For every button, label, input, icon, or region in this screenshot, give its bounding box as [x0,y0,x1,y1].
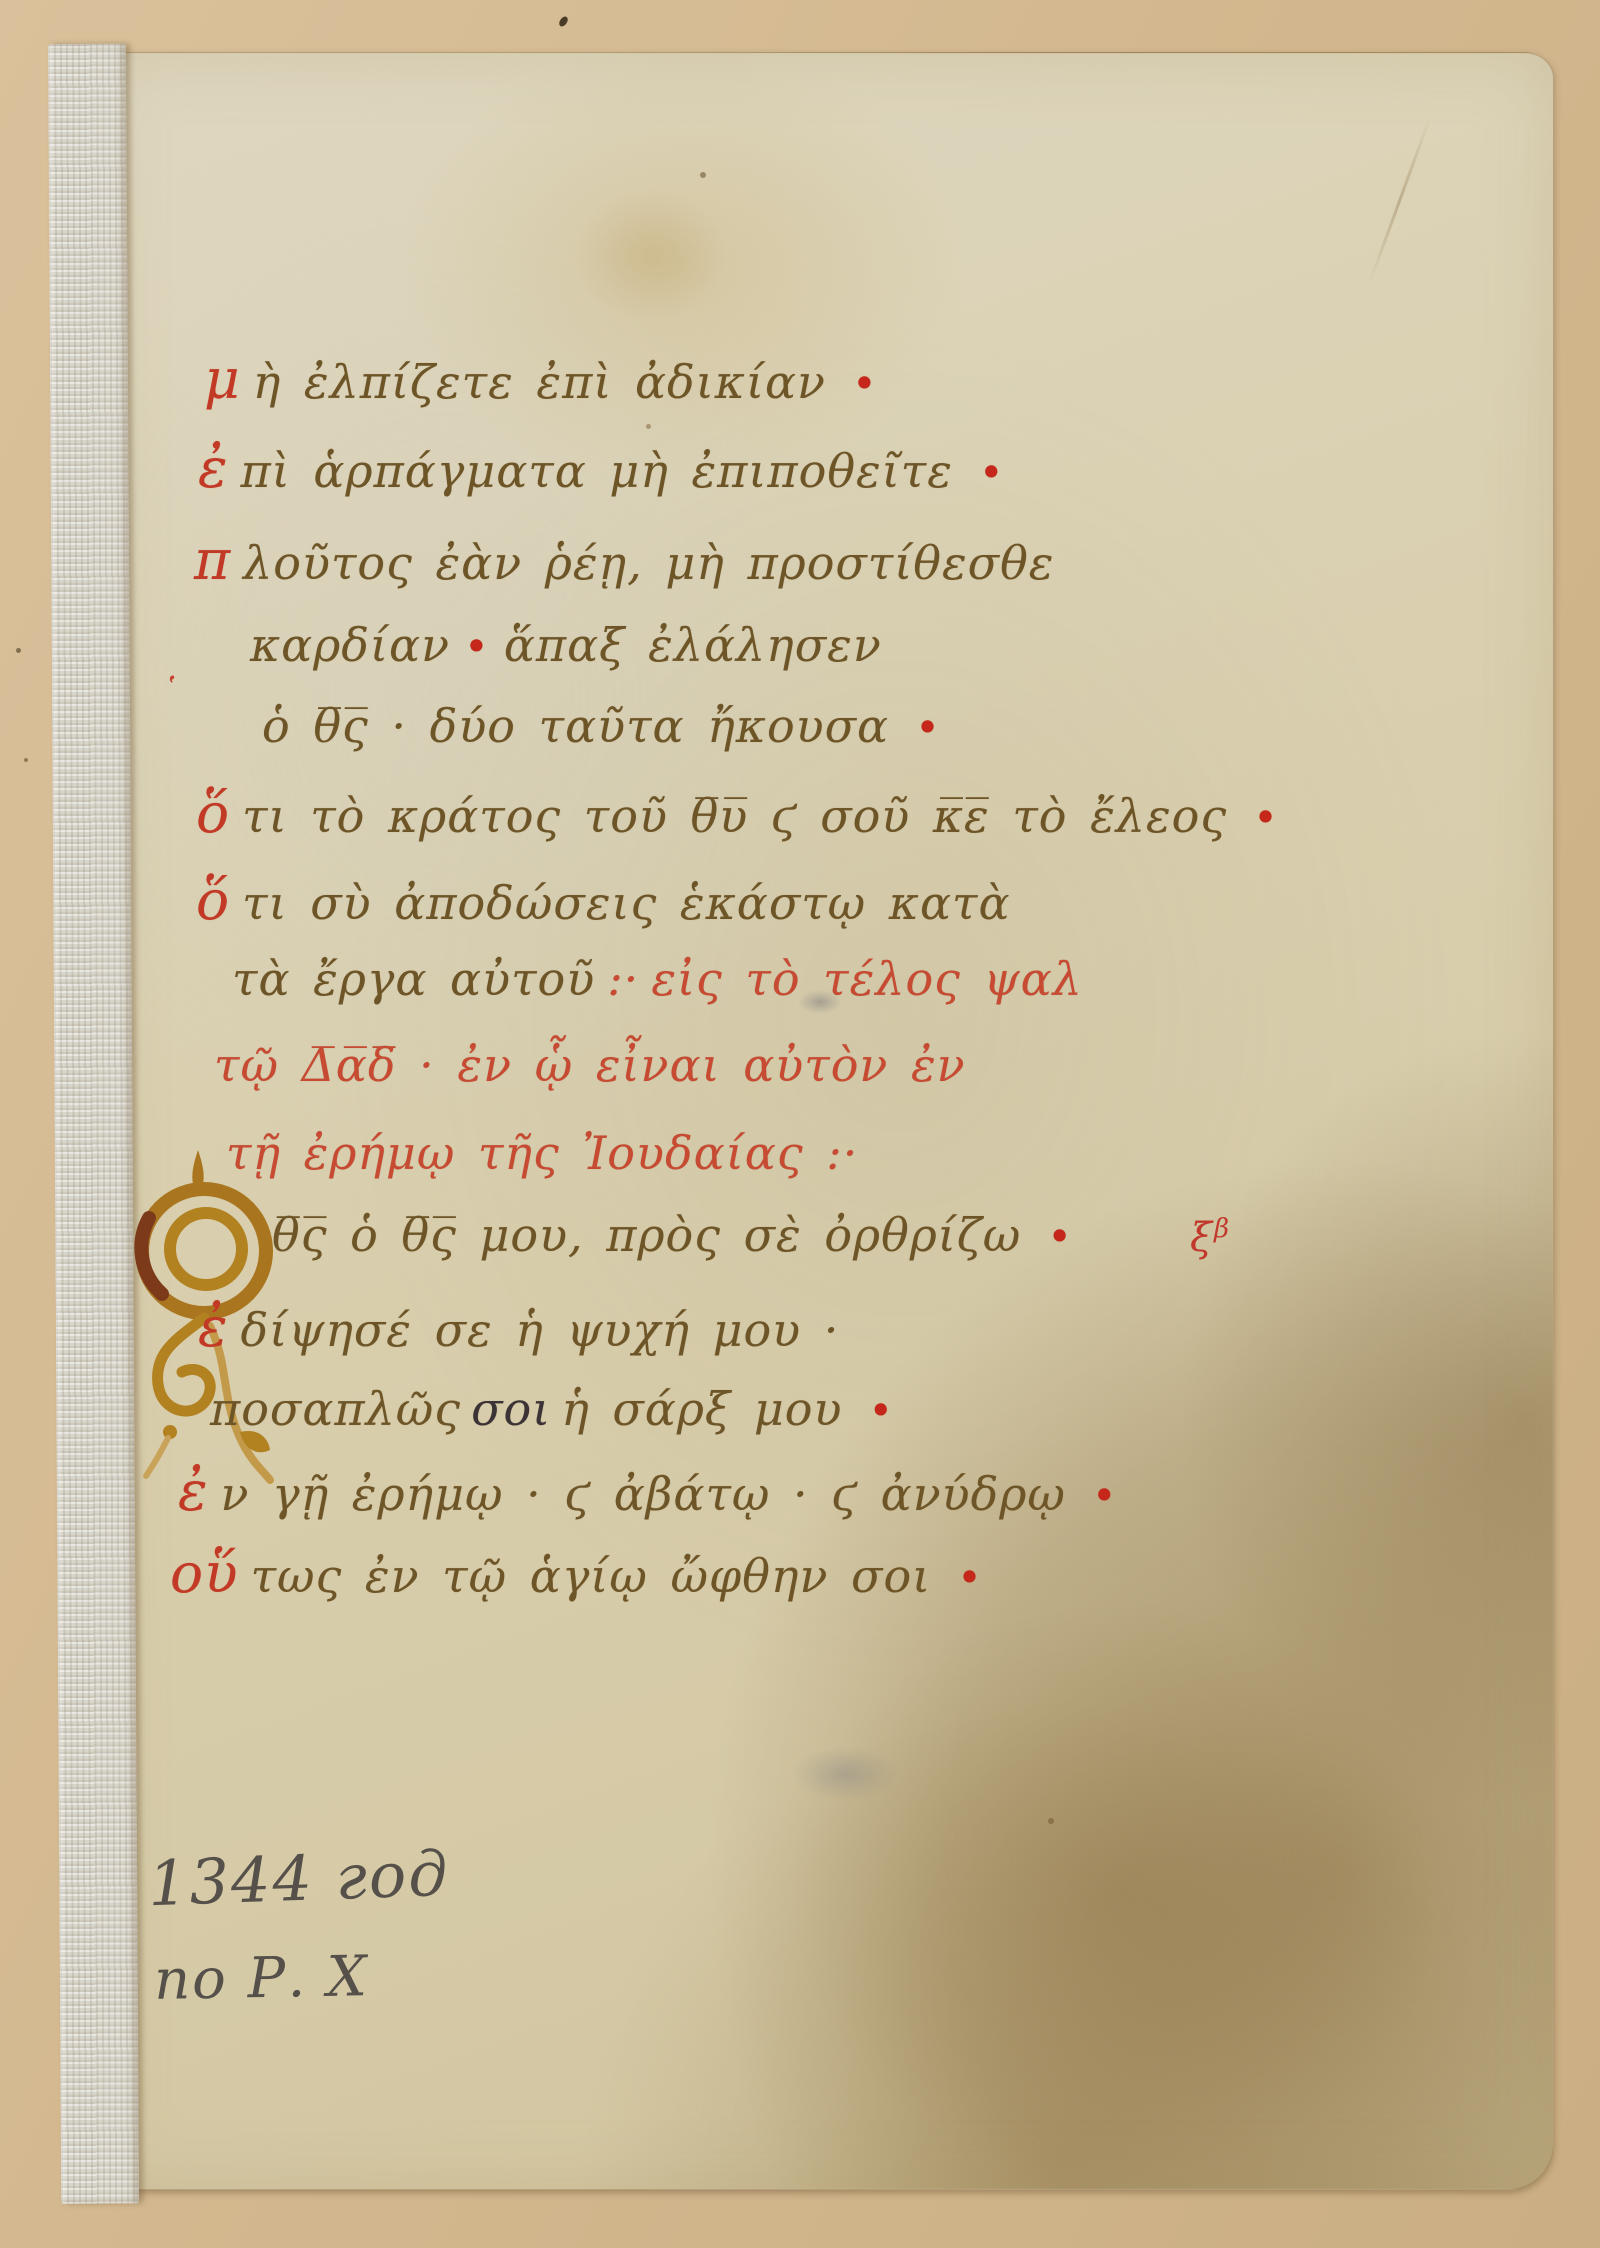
line-text: ἡ σάρξ μου [561,1382,842,1436]
line-text: καρδίαν [250,618,450,672]
line-text: ν γῇ ἐρήμῳ · ϛ ἀβάτῳ · ϛ ἀνύδρῳ [221,1467,1066,1521]
line-text: ὴ ἐλπίζετε ἐπὶ ἀδικίαν [253,355,826,409]
linen-guard-strip [48,44,139,2204]
line-end-dot: • [852,359,878,408]
line-text: δίψησέ σε ἡ ψυχή μου · [241,1303,840,1357]
line-text: ἅπαξ ἐλάλησεν [504,618,882,672]
text-line: μὴ ἐλπίζετε ἐπὶ ἀδικίαν• [204,352,878,407]
line-end-dot: • [1253,793,1279,842]
line-text: τως ἐν τῷ ἁγίῳ ὤφθην σοι [251,1549,932,1603]
speck [16,648,21,653]
line-text: θ̅ς̅ ὁ θ̅ς̅ μου, πρὸς σὲ ὀρθρίζω [272,1208,1021,1262]
colon-separator: :· [607,952,639,1006]
rubricated-initial: οὕ [170,1541,239,1605]
red-dot: • [464,622,490,671]
line-end-dot: • [868,1386,894,1435]
rubric-line: τῇ ἐρήμῳ τῆς Ἰουδαίας :· [226,1130,858,1176]
text-line: ὁ θ̅ς̅ · δύο ταῦτα ἤκουσα• [262,703,941,749]
rubricated-initial: ἐ [198,1295,229,1359]
pencil-era-note: по Р. Х [153,1944,369,2013]
line-text: λοῦτος ἐὰν ῥέῃ, μὴ προστίθεσθε [243,536,1054,590]
speck [557,15,569,28]
text-line: ἐδίψησέ σε ἡ ψυχή μου · [198,1300,839,1355]
speck [24,758,28,762]
rubric-text: εἰς τὸ τέλος ψαλ [651,952,1083,1006]
line-end-dot: • [1047,1212,1073,1261]
text-line: θ̅ς̅ ὁ θ̅ς̅ μου, πρὸς σὲ ὀρθρίζω• [272,1212,1073,1258]
line-end-dot: • [957,1553,983,1602]
rubric-text: τῷ Δ̅α̅δ̅ · ἐν ᾧ εἶναι αὐτὸν ἐν [214,1038,966,1092]
line-text: πὶ ἁρπάγματα μὴ ἐπιποθεῖτε [241,444,953,498]
text-line: οὕτως ἐν τῷ ἁγίῳ ὤφθην σοι• [170,1546,983,1601]
rubric-text: τῇ ἐρήμῳ τῆς Ἰουδαίας :· [226,1126,858,1180]
text-line: τὰ ἔργα αὐτοῦ:·εἰς τὸ τέλος ψαλ [232,956,1083,1002]
line-text: ποσαπλῶς [210,1382,461,1436]
line-end-dot: • [1092,1471,1118,1520]
dark-ink-correction: σοι [471,1382,551,1436]
pencil-date-note: 1344 год [147,1837,451,1920]
line-text: τι σὺ ἀποδώσεις ἑκάστῳ κατὰ [242,876,1010,930]
margin-mark: ῾ [162,672,178,710]
psalm-number: ξ [1190,1215,1212,1261]
rubric-line: τῷ Δ̅α̅δ̅ · ἐν ᾧ εἶναι αὐτὸν ἐν [214,1042,966,1088]
text-line: ὅτι σὺ ἀποδώσεις ἑκάστῳ κατὰ [196,873,1011,928]
rubricated-initial: μ [204,347,241,411]
line-text: ὁ θ̅ς̅ · δύο ταῦτα ἤκουσα [262,699,889,753]
rubricated-initial: π [194,528,231,592]
rubricated-initial: ὅ [196,868,230,932]
line-end-dot: • [979,448,1005,497]
line-text: τὰ ἔργα αὐτοῦ [232,952,595,1006]
psalm-number-margin: ξβ [1190,1216,1229,1258]
rubricated-initial: ἐ [178,1459,209,1523]
line-text: τι τὸ κράτος τοῦ θ̅υ̅ ϛ σοῦ κ̅ε̅ τὸ ἔλεο… [242,789,1227,843]
manuscript-photo: μὴ ἐλπίζετε ἐπὶ ἀδικίαν• ἐπὶ ἁρπάγματα μ… [0,0,1600,2248]
text-line: ἐν γῇ ἐρήμῳ · ϛ ἀβάτῳ · ϛ ἀνύδρῳ• [178,1464,1118,1519]
rubricated-initial: ὅ [196,781,230,845]
psalm-number-superscript: β [1214,1214,1229,1244]
text-line: καρδίαν•ἅπαξ ἐλάλησεν [250,622,882,668]
text-line: ἐπὶ ἁρπάγματα μὴ ἐπιποθεῖτε• [198,441,1005,496]
text-line: ποσαπλῶςσοιἡ σάρξ μου• [210,1386,894,1432]
text-line: ὅτι τὸ κράτος τοῦ θ̅υ̅ ϛ σοῦ κ̅ε̅ τὸ ἔλε… [196,786,1279,841]
line-end-dot: • [915,703,941,752]
text-line: πλοῦτος ἐὰν ῥέῃ, μὴ προστίθεσθε [194,533,1054,588]
rubricated-initial: ἐ [198,436,229,500]
